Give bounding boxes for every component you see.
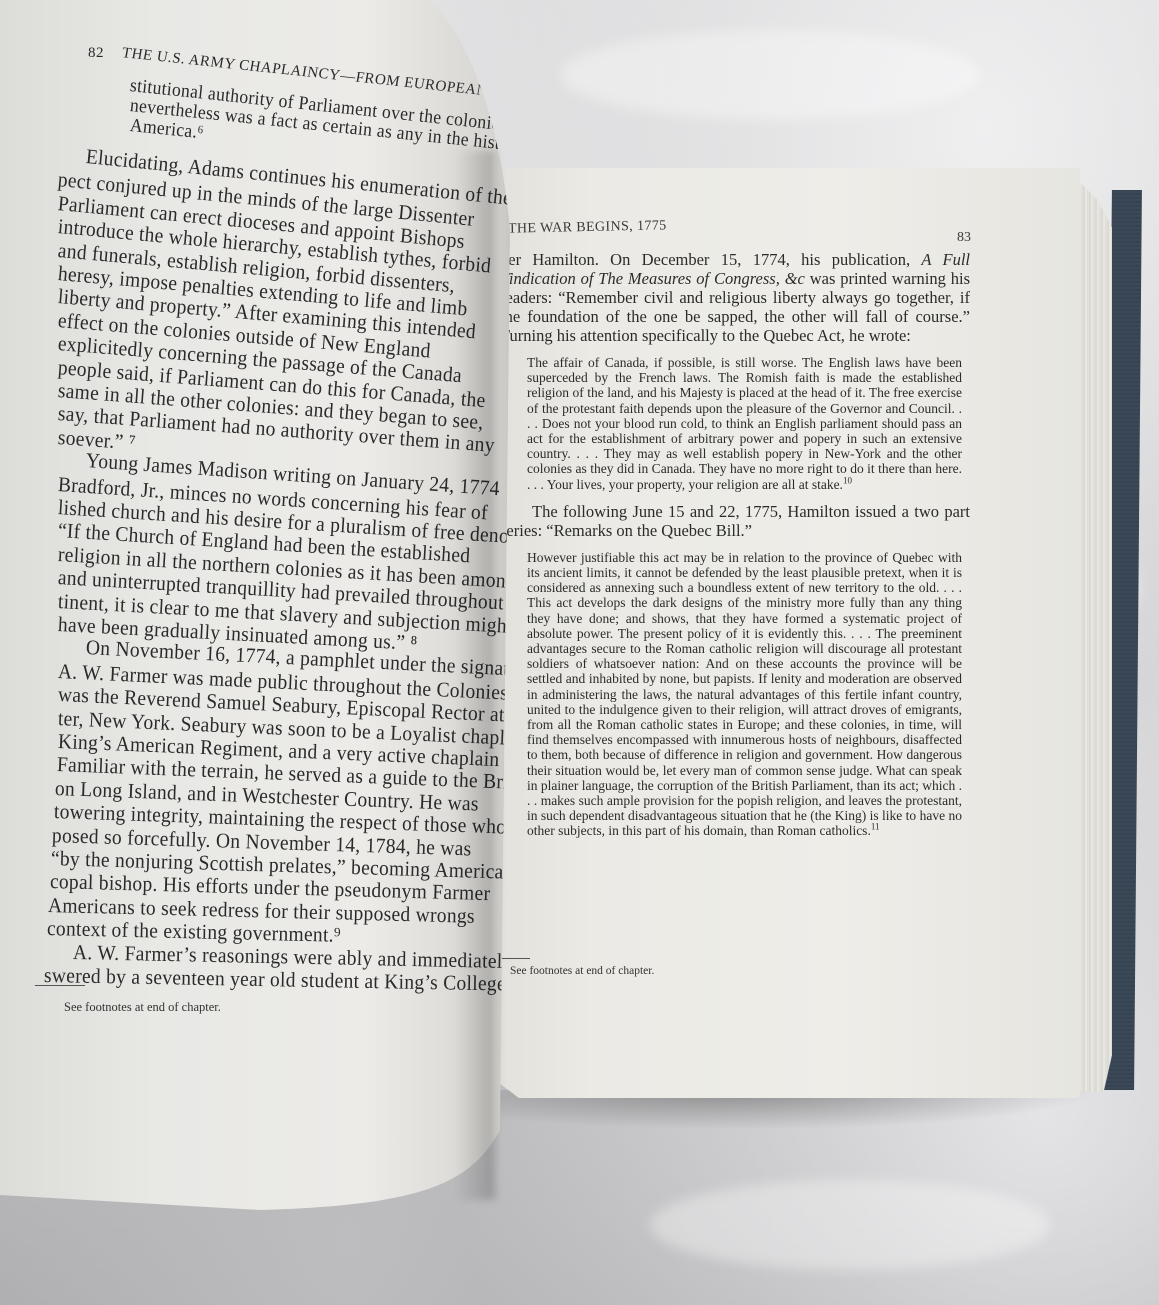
page-number-right: 83 xyxy=(957,230,971,246)
tissue-wrinkle xyxy=(650,1180,1050,1270)
text-run: der Hamilton. On December 15, 1774, his … xyxy=(500,250,921,269)
footnote-marker: 10 xyxy=(843,475,852,485)
quote-text: However justifiable this act may be in r… xyxy=(527,550,962,839)
blockquote-quebec-bill: However justifiable this act may be in r… xyxy=(527,550,962,839)
paragraph-remarks-quebec: The following June 15 and 22, 1775, Hami… xyxy=(500,502,970,540)
blockquote-canada: The affair of Canada, if possible, is st… xyxy=(527,355,962,492)
right-page: THE WAR BEGINS, 1775 83 der Hamilton. On… xyxy=(470,168,1080,1098)
right-page-body: der Hamilton. On December 15, 1774, his … xyxy=(500,250,970,849)
footnote-note-right: See footnotes at end of chapter. xyxy=(510,965,654,977)
left-page: 82THE U.S. ARMY CHAPLAINCY—FROM EUROPEAN… xyxy=(0,0,520,1210)
quote-text: The affair of Canada, if possible, is st… xyxy=(527,355,962,492)
running-head-left: 82THE U.S. ARMY CHAPLAINCY—FROM EUROPEAN… xyxy=(88,45,528,62)
footnote-marker: 11 xyxy=(871,822,880,832)
paragraph-hamilton-full-vindication: der Hamilton. On December 15, 1774, his … xyxy=(500,250,970,345)
footnote-note-left: See footnotes at end of chapter. xyxy=(64,1000,221,1015)
page-number-left: 82 xyxy=(88,45,104,61)
left-page-curl-shadow xyxy=(455,150,495,1200)
running-head-right: THE WAR BEGINS, 1775 xyxy=(508,218,667,237)
tissue-wrinkle xyxy=(560,30,980,120)
footnote-rule xyxy=(35,985,85,986)
